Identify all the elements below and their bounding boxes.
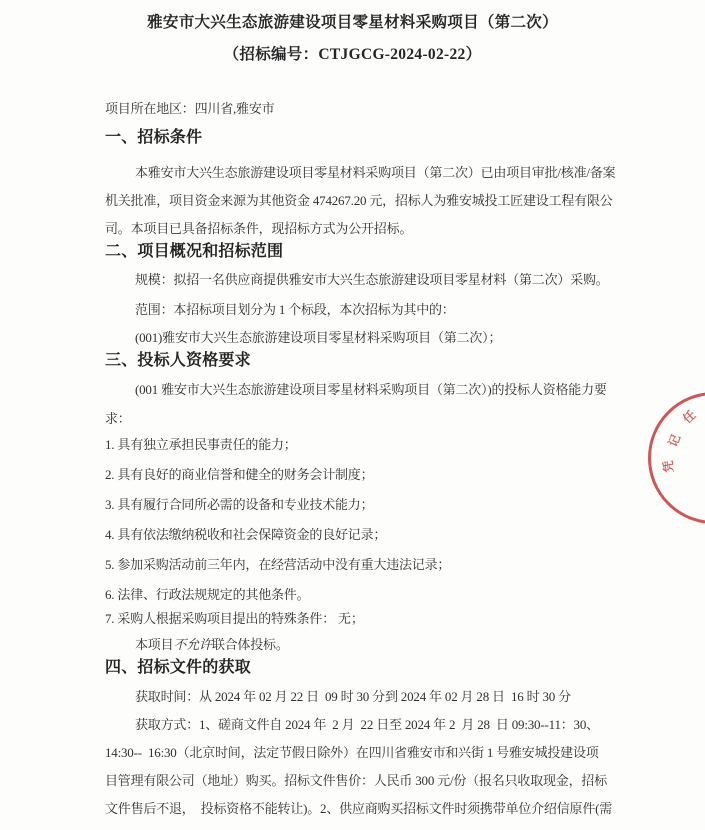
section-1-line: 本雅安市大兴生态旅游建设项目零星材料采购项目（第二次）已由项目审批/核准/备案 [135,164,615,181]
qualification-item: 4. 具有依法缴纳税收和社会保障资金的良好记录； [105,526,386,543]
obtain-method-line: 获取方式：1、磋商文件自 2024 年 2 月 22 日至 2024 年 2 月… [135,716,599,733]
joint-bid-statement: 本项目不允许联合体投标。 [135,636,289,653]
section-2-scale: 规模：拟招一名供应商提供雅安市大兴生态旅游建设项目零星材料（第二次）采购。 [135,271,609,288]
section-1-line: 机关批准，项目资金来源为其他资金 474267.20 元，招标人为雅安城投工匠建… [105,192,613,209]
obtain-method-line: 目管理有限公司（地址）购买。招标文件售价：人民币 300 元/份（报名只收取现金… [105,772,607,789]
obtain-time: 获取时间：从 2024 年 02 月 22 日 09 时 30 分到 2024 … [135,688,571,705]
red-seal-circle [648,392,705,524]
qualification-item: 1. 具有独立承担民事责任的能力； [105,436,297,453]
red-seal-character: 凭 [659,460,677,473]
section-4-heading: 四、招标文件的获取 [105,659,251,676]
joint-bid-prefix: 本项目 [135,637,173,652]
obtain-method-line: 文件售后不退， 投标资格不能转让)。2、供应商购买招标文件时须携带单位介绍信原件… [105,800,612,817]
section-3-heading: 三、投标人资格要求 [105,352,251,369]
qualification-item: 7. 采购人根据采购项目提出的特殊条件： 无； [105,610,364,627]
qualification-item: 2. 具有良好的商业信誉和健全的财务会计制度； [105,466,373,483]
section-2-lot: (001)雅安市大兴生态旅游建设项目零星材料采购项目（第二次）； [135,329,501,346]
section-2-scope: 范围：本招标项目划分为 1 个标段，本次招标为其中的： [135,301,455,318]
qualification-item: 5. 参加采购活动前三年内，在经营活动中没有重大违法记录； [105,556,450,573]
section-2-heading: 二、项目概况和招标范围 [105,243,283,260]
project-location: 项目所在地区：四川省,雅安市 [105,100,274,117]
tender-number: （招标编号：CTJGCG-2024-02-22） [0,46,705,63]
section-1-line: 司。本项目已具备招标条件，现招标方式为公开招标。 [105,220,412,237]
qualification-item: 3. 具有履行合同所必需的设备和专业技术能力； [105,496,373,513]
page-title: 雅安市大兴生态旅游建设项目零星材料采购项目（第二次） [0,14,705,31]
document-page: 雅安市大兴生态旅游建设项目零星材料采购项目（第二次） （招标编号：CTJGCG-… [0,0,705,830]
joint-bid-suffix: 联合体投标。 [212,637,289,652]
obtain-method-line: 14:30-- 16:30（北京时间，法定节假日除外）在四川省雅安市和兴街 1 … [105,744,599,761]
section-1-heading: 一、招标条件 [105,129,202,146]
section-3-intro: (001 雅安市大兴生态旅游建设项目零星材料采购项目（第二次）)的投标人资格能力… [135,381,607,398]
qualification-item: 6. 法律、行政法规规定的其他条件。 [105,586,309,603]
section-3-intro-cont: 求： [105,410,131,427]
joint-bid-emphasis: 不允许 [173,637,211,652]
